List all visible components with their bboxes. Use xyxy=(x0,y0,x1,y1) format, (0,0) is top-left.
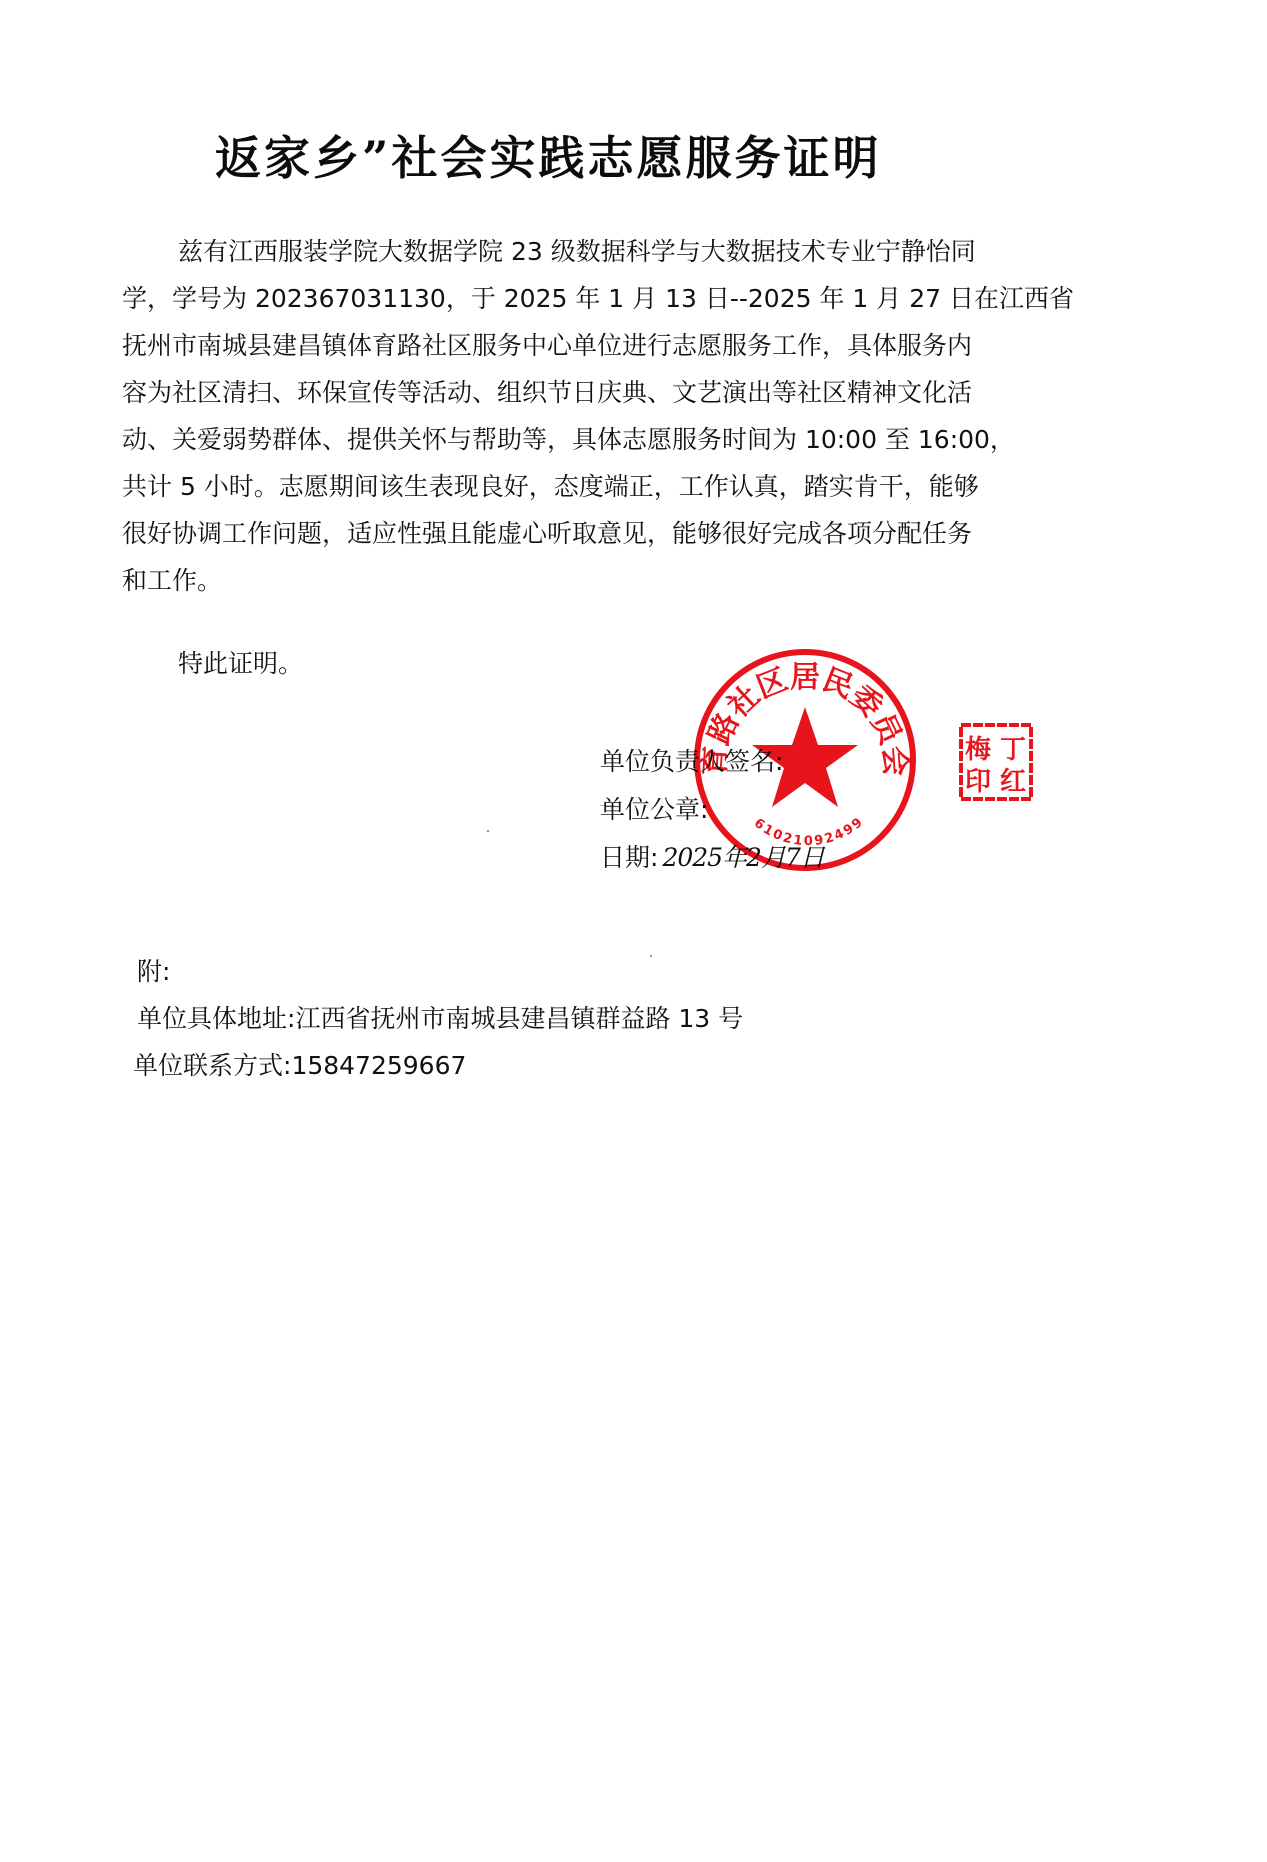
body-line-7: 很好协调工作问题，适应性强且能虚心听取意见，能够很好完成各项分配任务 xyxy=(122,510,1072,557)
document-title: 返家乡”社会实践志愿服务证明 xyxy=(215,122,975,188)
address-label: 单位具体地址: xyxy=(137,1004,295,1033)
seal-char-1: 梅 xyxy=(965,735,991,765)
certify-statement: 特此证明。 xyxy=(178,644,303,680)
body-line-8: 和工作。 xyxy=(122,557,1072,604)
body-line-1: 兹有江西服装学院大数据学院 23 级数据科学与大数据技术专业宁静怡同 xyxy=(122,228,1072,275)
scan-speck xyxy=(650,955,652,957)
certificate-body: 兹有江西服装学院大数据学院 23 级数据科学与大数据技术专业宁静怡同 学，学号为… xyxy=(122,228,1072,604)
body-line-6: 共计 5 小时。志愿期间该生表现良好，态度端正，工作认真，踏实肯干，能够 xyxy=(122,463,1072,510)
seal-char-2: 丁 xyxy=(1000,735,1026,765)
body-line-5: 动、关爱弱势群体、提供关怀与帮助等，具体志愿服务时间为 10:00 至 16:0… xyxy=(122,416,1072,463)
appendix-section: 附: 单位具体地址:江西省抚州市南城县建昌镇群益路 13 号 单位联系方式:15… xyxy=(137,948,743,1089)
body-line-3: 抚州市南城县建昌镇体育路社区服务中心单位进行志愿服务工作，具体服务内 xyxy=(122,322,1072,369)
contact-label: 单位联系方式: xyxy=(133,1051,291,1080)
appendix-heading: 附: xyxy=(137,948,743,995)
contact-value: 15847259667 xyxy=(291,1051,466,1080)
address-value: 江西省抚州市南城县建昌镇群益路 13 号 xyxy=(295,1004,743,1033)
official-round-seal: 育路社区居民委员会 3610210924994 xyxy=(690,645,920,875)
body-line-2: 学，学号为 202367031130，于 2025 年 1 月 13 日--20… xyxy=(122,275,1072,322)
body-line-4: 容为社区清扫、环保宣传等活动、组织节日庆典、文艺演出等社区精神文化活 xyxy=(122,369,1072,416)
personal-square-seal: 梅 丁 印 红 xyxy=(958,722,1034,802)
seal-char-4: 红 xyxy=(1000,767,1026,797)
address-row: 单位具体地址:江西省抚州市南城县建昌镇群益路 13 号 xyxy=(137,995,743,1042)
seal-char-3: 印 xyxy=(965,767,991,797)
contact-row: 单位联系方式:15847259667 xyxy=(133,1042,743,1089)
date-label: 日期: xyxy=(600,843,658,872)
scan-speck xyxy=(487,830,489,832)
certificate-page: 返家乡”社会实践志愿服务证明 兹有江西服装学院大数据学院 23 级数据科学与大数… xyxy=(0,0,1267,1862)
star-icon xyxy=(752,707,858,807)
